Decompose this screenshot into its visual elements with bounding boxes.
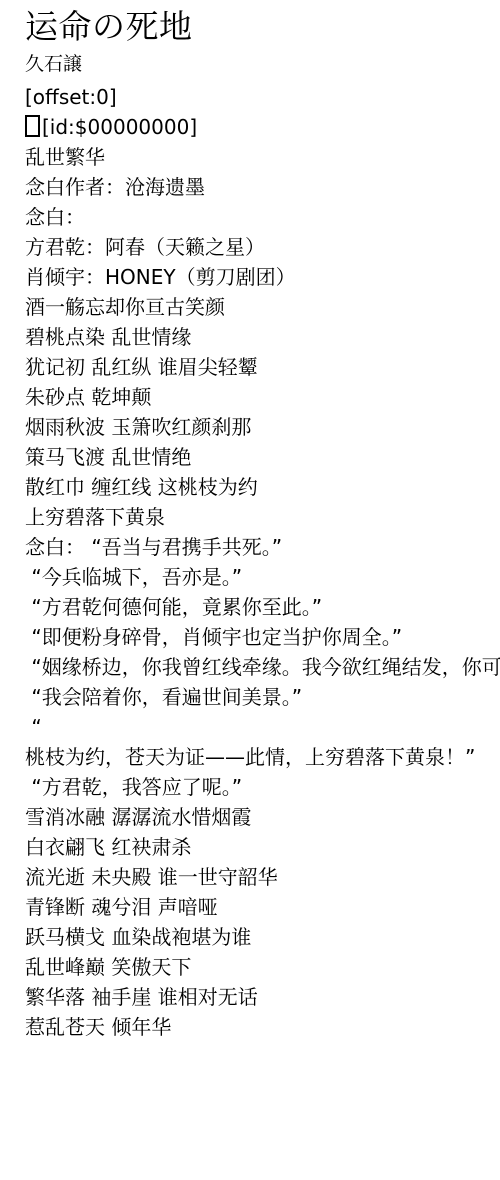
lyric-line: “ [25,712,500,742]
lyric-line: 方君乾：阿春（天籁之星） [25,232,500,262]
artist-name: 久石譲 [25,52,500,76]
lyric-line-text: 念白： “吾当与君携手共死。” [25,535,282,559]
lyric-line-text: “我会陪着你，看遍世间美景。” [25,685,302,709]
lyric-line: 犹记初 乱红纵 谁眉尖轻颦 [25,352,500,382]
lyric-line: [id:$00000000] [25,112,500,142]
lyric-line-text: “方君乾，我答应了呢。” [25,775,242,799]
lyric-line: “今兵临城下，吾亦是。” [25,562,500,592]
lyric-line-text: 酒一觞忘却你亘古笑颜 [25,295,225,319]
lyric-line: 肖倾宇：HONEY（剪刀剧团） [25,262,500,292]
lyric-line-text: [offset:0] [25,85,117,109]
lyric-line: 惹乱苍天 倾年华 [25,1012,500,1042]
lyric-line: 青锋断 魂兮泪 声喑哑 [25,892,500,922]
lyric-line: 白衣翩飞 红袂肃杀 [25,832,500,862]
lyric-line: 碧桃点染 乱世情缘 [25,322,500,352]
lyric-line-text: 流光逝 未央殿 谁一世守韶华 [25,865,278,889]
lyric-line: 雪消冰融 潺潺流水惜烟霞 [25,802,500,832]
lyric-line: 念白： “吾当与君携手共死。” [25,532,500,562]
lyric-line-text: 散红巾 缠红线 这桃枝为约 [25,475,258,499]
lyric-line: “方君乾，我答应了呢。” [25,772,500,802]
lyric-line: 烟雨秋波 玉箫吹红颜刹那 [25,412,500,442]
lyric-line: [offset:0] [25,82,500,112]
lyric-line-text: “即便粉身碎骨，肖倾宇也定当护你周全。” [25,625,402,649]
lyric-line-text: 乱世峰巅 笑傲天下 [25,955,191,979]
lyric-line: 跃马横戈 血染战袍堪为谁 [25,922,500,952]
lyric-line: 乱世繁华 [25,142,500,172]
lyric-line-text: “姻缘桥边，你我曾红线牵缘。我今欲红绳结发，你可 [25,655,500,679]
lyric-line: 桃枝为约，苍天为证——此情，上穷碧落下黄泉！” [25,742,500,772]
lyric-line-text: 繁华落 袖手崖 谁相对无话 [25,985,258,1009]
lyric-line-text: 念白： [25,205,85,229]
lyric-line-text: 上穷碧落下黄泉 [25,505,165,529]
lyric-line-text: 肖倾宇：HONEY（剪刀剧团） [25,265,296,289]
lyric-line-text: 犹记初 乱红纵 谁眉尖轻颦 [25,355,258,379]
lyric-line: “方君乾何德何能，竟累你至此。” [25,592,500,622]
lyric-line-text: “今兵临城下，吾亦是。” [25,565,242,589]
lyric-line-text: 乱世繁华 [25,145,105,169]
lyric-line-text: [id:$00000000] [42,115,197,139]
lyric-line-text: 念白作者：沧海遗墨 [25,175,205,199]
lyric-line-text: 跃马横戈 血染战袍堪为谁 [25,925,251,949]
lyric-line-text: “方君乾何德何能，竟累你至此。” [25,595,322,619]
lyric-line: 散红巾 缠红线 这桃枝为约 [25,472,500,502]
lyric-line: 酒一觞忘却你亘古笑颜 [25,292,500,322]
lyric-line: 乱世峰巅 笑傲天下 [25,952,500,982]
lyric-line-text: 朱砂点 乾坤颠 [25,385,151,409]
lyric-line-text: 惹乱苍天 倾年华 [25,1015,171,1039]
song-title: 运命の死地 [25,6,500,47]
lyric-line: 念白： [25,202,500,232]
lyrics-page: 运命の死地 久石譲 [offset:0][id:$00000000]乱世繁华念白… [0,0,500,1042]
lyric-line: 念白作者：沧海遗墨 [25,172,500,202]
lyric-line-text: 策马飞渡 乱世情绝 [25,445,191,469]
lyric-line-text: 桃枝为约，苍天为证——此情，上穷碧落下黄泉！” [25,745,475,769]
lyric-line-text: 方君乾：阿春（天籁之星） [25,235,265,259]
lyric-line: “即便粉身碎骨，肖倾宇也定当护你周全。” [25,622,500,652]
lyric-line: 繁华落 袖手崖 谁相对无话 [25,982,500,1012]
lyric-line-text: 烟雨秋波 玉箫吹红颜刹那 [25,415,251,439]
lyric-line-text: 雪消冰融 潺潺流水惜烟霞 [25,805,251,829]
lyric-line-text: “ [25,715,42,739]
lyric-line: 上穷碧落下黄泉 [25,502,500,532]
lyrics-container: [offset:0][id:$00000000]乱世繁华念白作者：沧海遗墨念白：… [25,82,500,1042]
lyric-line: 策马飞渡 乱世情绝 [25,442,500,472]
lyric-line: “姻缘桥边，你我曾红线牵缘。我今欲红绳结发，你可 [25,652,500,682]
lyric-line-text: 白衣翩飞 红袂肃杀 [25,835,191,859]
lyric-line-text: 碧桃点染 乱世情缘 [25,325,191,349]
missing-glyph-box [25,115,40,137]
lyric-line: 朱砂点 乾坤颠 [25,382,500,412]
lyric-line-text: 青锋断 魂兮泪 声喑哑 [25,895,218,919]
lyric-line: “我会陪着你，看遍世间美景。” [25,682,500,712]
lyric-line: 流光逝 未央殿 谁一世守韶华 [25,862,500,892]
